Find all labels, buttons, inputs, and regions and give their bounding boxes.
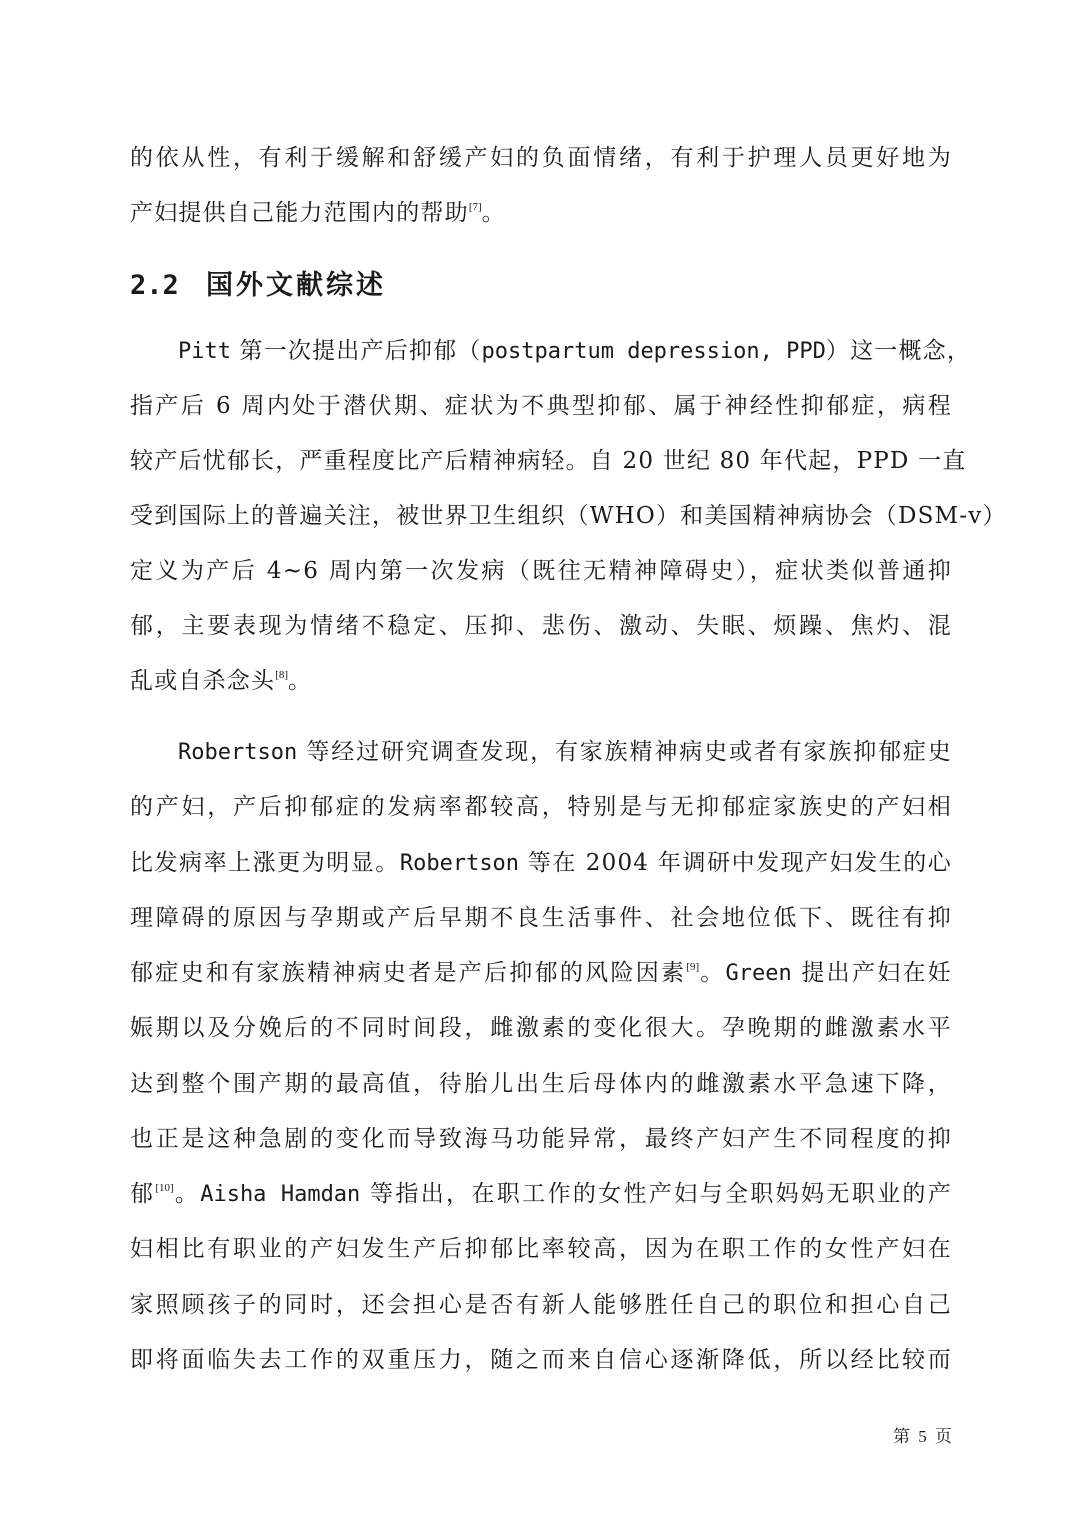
body-text: 产妇提供自己能力范围内的帮助 (130, 200, 469, 226)
body-text: 。 (699, 960, 725, 986)
body-line: 较产后忧郁长，严重程度比产后精神病轻。自 20 世纪 80 年代起，PPD 一直 (130, 441, 952, 481)
page-number: 第 5 页 (893, 1422, 954, 1447)
body-line: 家照顾孩子的同时，还会担心是否有新人能够胜任自己的职位和担心自己 (130, 1285, 952, 1325)
body-text: 郁症史和有家族精神病史者是产后抑郁的风险因素 (130, 960, 686, 986)
body-line: 即将面临失去工作的双重压力，随之而来自信心逐渐降低，所以经比较而 (130, 1340, 952, 1380)
body-line: 郁，主要表现为情绪不稳定、压抑、悲伤、激动、失眠、烦躁、焦灼、混 (130, 606, 952, 646)
body-text: 。 (174, 1181, 201, 1207)
body-line: 乱或自杀念头[8]。 (130, 661, 952, 701)
latin-text: postpartum depression, PPD (482, 339, 826, 364)
body-text: 等经过研究调查发现，有家族精神病史或者有家族抑郁症史 (297, 739, 952, 765)
body-line: 指产后 6 周内处于潜伏期、症状为不典型抑郁、属于神经性抑郁症，病程 (130, 386, 952, 426)
body-line: 受到国际上的普遍关注，被世界卫生组织（WHO）和美国精神病协会（DSM-v） (130, 496, 952, 536)
body-line: 郁[10]。Aisha Hamdan 等指出，在职工作的女性产妇与全职妈妈无职业… (130, 1174, 952, 1214)
section-title: 国外文献综述 (206, 270, 386, 301)
body-text: 郁 (130, 1181, 155, 1207)
section-heading: 2.2国外文献综述 (130, 265, 386, 307)
body-line: 郁症史和有家族精神病史者是产后抑郁的风险因素[9]。Green 提出产妇在妊 (130, 953, 952, 993)
body-line: 产妇提供自己能力范围内的帮助[7]。 (130, 193, 952, 233)
body-text: 等指出，在职工作的女性产妇与全职妈妈无职业的产 (360, 1181, 952, 1207)
latin-text: Robertson (178, 740, 297, 765)
body-line: 比发病率上涨更为明显。Robertson 等在 2004 年调研中发现产妇发生的… (130, 843, 952, 883)
citation-ref: [8] (275, 669, 288, 681)
citation-ref: [7] (469, 201, 482, 213)
body-line: 的产妇，产后抑郁症的发病率都较高，特别是与无抑郁症家族史的产妇相 (130, 787, 952, 827)
body-line: Pitt 第一次提出产后抑郁（postpartum depression, PP… (130, 331, 952, 371)
body-line: 也正是这种急剧的变化而导致海马功能异常，最终产妇产生不同程度的抑 (130, 1119, 952, 1159)
latin-text: Robertson (400, 851, 519, 876)
latin-text: Green (726, 961, 792, 986)
latin-text: Pitt (178, 339, 231, 364)
section-number: 2.2 (130, 265, 206, 307)
body-text: 比发病率上涨更为明显。 (130, 850, 400, 876)
body-line: 理障碍的原因与孕期或产后早期不良生活事件、社会地位低下、既往有抑 (130, 898, 952, 938)
body-line: 定义为产后 4~6 周内第一次发病（既往无精神障碍史），症状类似普通抑 (130, 551, 952, 591)
body-text: 第一次提出产后抑郁（ (231, 338, 482, 364)
body-text: ）这一概念， (826, 338, 971, 364)
citation-ref: [10] (155, 1182, 173, 1194)
body-line: Robertson 等经过研究调查发现，有家族精神病史或者有家族抑郁症史 (130, 732, 952, 772)
latin-text: Aisha Hamdan (200, 1182, 360, 1207)
body-text: 等在 2004 年调研中发现产妇发生的心 (519, 850, 952, 876)
body-line: 妇相比有职业的产妇发生产后抑郁比率较高，因为在职工作的女性产妇在 (130, 1229, 952, 1269)
body-line: 达到整个围产期的最高值，待胎儿出生后母体内的雌激素水平急速下降， (130, 1064, 952, 1104)
body-text: 。 (288, 668, 312, 694)
body-text: 乱或自杀念头 (130, 668, 275, 694)
body-line: 娠期以及分娩后的不同时间段，雌激素的变化很大。孕晚期的雌激素水平 (130, 1008, 952, 1048)
body-line: 的依从性，有利于缓解和舒缓产妇的负面情绪，有利于护理人员更好地为 (130, 138, 952, 178)
body-text: 。 (482, 200, 506, 226)
citation-ref: [9] (686, 961, 699, 973)
body-text: 提出产妇在妊 (792, 960, 952, 986)
